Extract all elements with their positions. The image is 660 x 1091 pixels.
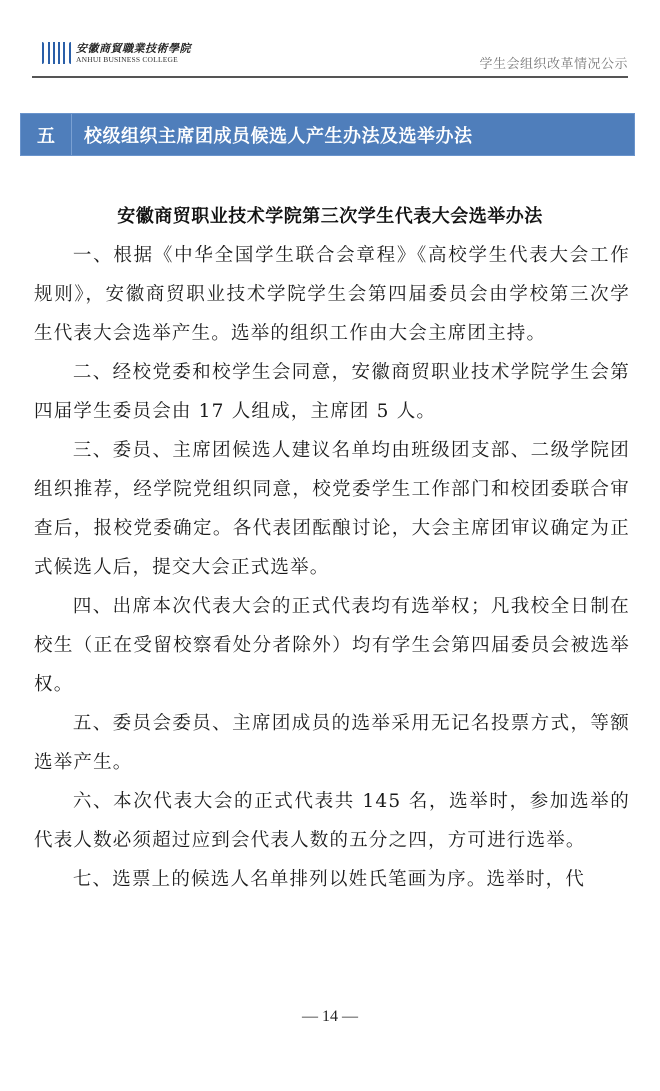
paragraph-3: 三、委员、主席团候选人建议名单均由班级团支部、二级学院团组织推荐，经学院党组织同… xyxy=(34,431,630,587)
section-title: 校级组织主席团成员候选人产生办法及选举办法 xyxy=(72,122,473,148)
document-title: 安徽商贸职业技术学院第三次学生代表大会选举办法 xyxy=(0,202,660,228)
paragraph-1: 一、根据《中华全国学生联合会章程》《高校学生代表大会工作规则》，安徽商贸职业技术… xyxy=(34,236,630,353)
header-title: 学生会组织改革情况公示 xyxy=(479,53,628,72)
logo-chinese-name: 安徽商貿職業技術學院 xyxy=(76,43,191,54)
section-number: 五 xyxy=(21,114,72,155)
section-banner: 五 校级组织主席团成员候选人产生办法及选举办法 xyxy=(20,113,635,156)
page-header: 安徽商貿職業技術學院 ANHUI BUSINESS COLLEGE 学生会组织改… xyxy=(32,38,628,76)
paragraph-4: 四、出席本次代表大会的正式代表均有选举权；凡我校全日制在校生（正在受留校察看处分… xyxy=(34,587,630,704)
paragraph-6: 六、本次代表大会的正式代表共 145 名，选举时，参加选举的代表人数必须超过应到… xyxy=(34,782,630,860)
logo-english-name: ANHUI BUSINESS COLLEGE xyxy=(76,56,191,64)
page-number: — 14 — xyxy=(0,1008,660,1026)
header-divider xyxy=(32,76,628,78)
paragraph-7: 七、选票上的候选人名单排列以姓氏笔画为序。选举时，代 xyxy=(34,860,630,899)
logo-emblem-icon xyxy=(42,42,72,64)
document-body: 一、根据《中华全国学生联合会章程》《高校学生代表大会工作规则》，安徽商贸职业技术… xyxy=(34,236,630,899)
paragraph-5: 五、委员会委员、主席团成员的选举采用无记名投票方式，等额选举产生。 xyxy=(34,704,630,782)
paragraph-2: 二、经校党委和校学生会同意，安徽商贸职业技术学院学生会第四届学生委员会由 17 … xyxy=(34,353,630,431)
college-logo: 安徽商貿職業技術學院 ANHUI BUSINESS COLLEGE xyxy=(42,42,191,64)
